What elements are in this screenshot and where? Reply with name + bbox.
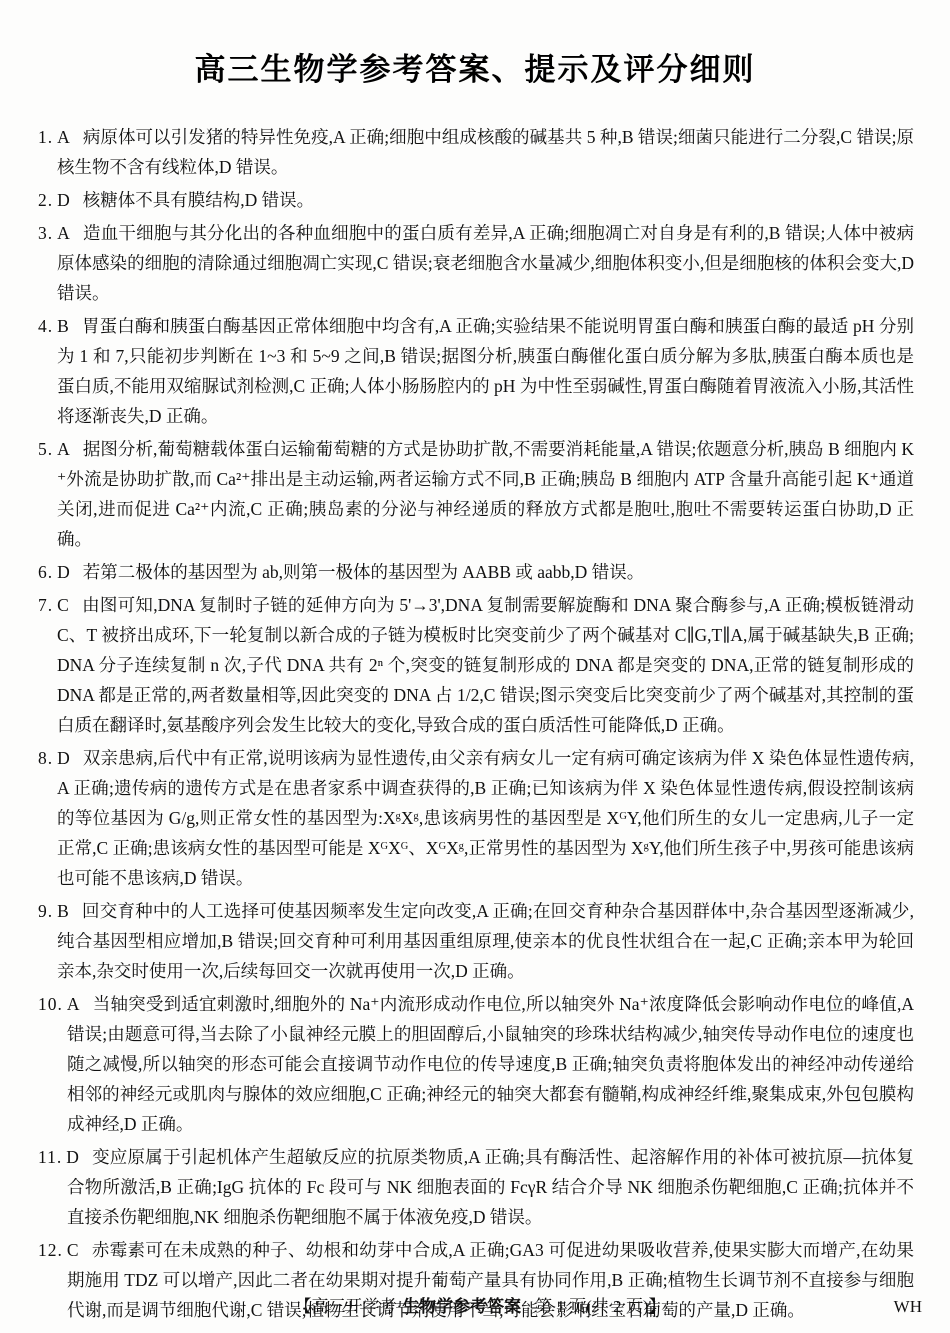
explanation-text: 双亲患病,后代中有正常,说明该病为显性遗传,由父亲有病女儿一定有病可确定该病为伴…	[57, 748, 914, 888]
answer-letter: C	[67, 1240, 79, 1260]
answer-letter: B	[57, 316, 69, 336]
answers-list: 1.A病原体可以引发猪的特异性免疫,A 正确;细胞中组成核酸的碱基共 5 种,B…	[38, 122, 914, 1273]
question-number: 3.	[38, 223, 53, 243]
question-number: 2.	[38, 190, 53, 210]
answer-letter: D	[57, 562, 70, 582]
footer-page-number: 第 1 页(共 2 页)】	[535, 1297, 665, 1316]
answer-letter: A	[67, 994, 80, 1014]
answer-item: 2.D核糖体不具有膜结构,D 错误。	[38, 185, 914, 215]
answer-item: 9.B回交育种中的人工选择可使基因频率发生定向改变,A 正确;在回交育种杂合基因…	[38, 896, 914, 986]
answer-letter: D	[57, 748, 70, 768]
footer-doc-title: 生物学参考答案	[402, 1297, 521, 1316]
answer-item: 1.A病原体可以引发猪的特异性免疫,A 正确;细胞中组成核酸的碱基共 5 种,B…	[38, 122, 914, 182]
answer-letter: D	[57, 190, 70, 210]
page-title: 高三生物学参考答案、提示及评分细则	[0, 0, 950, 89]
answer-item: 7.C由图可知,DNA 复制时子链的延伸方向为 5'→3',DNA 复制需要解旋…	[38, 590, 914, 740]
answer-item: 8.D双亲患病,后代中有正常,说明该病为显性遗传,由父亲有病女儿一定有病可确定该…	[38, 743, 914, 893]
answer-letter: A	[57, 223, 70, 243]
page-footer: 【高三开学考·生物学参考答案第 1 页(共 2 页)】 WH	[38, 1295, 922, 1319]
question-number: 5.	[38, 439, 53, 459]
answer-letter: A	[57, 127, 70, 147]
explanation-text: 由图可知,DNA 复制时子链的延伸方向为 5'→3',DNA 复制需要解旋酶和 …	[57, 595, 914, 735]
answer-letter: B	[57, 901, 69, 921]
question-number: 6.	[38, 562, 53, 582]
explanation-text: 造血干细胞与其分化出的各种血细胞中的蛋白质有差异,A 正确;细胞凋亡对自身是有利…	[57, 223, 914, 303]
explanation-text: 当轴突受到适宜刺激时,细胞外的 Na⁺内流形成动作电位,所以轴突外 Na⁺浓度降…	[67, 994, 914, 1134]
answer-item: 11.D变应原属于引起机体产生超敏反应的抗原类物质,A 正确;具有酶活性、起溶解…	[38, 1142, 914, 1232]
question-number: 12.	[38, 1240, 63, 1260]
question-number: 1.	[38, 127, 53, 147]
answer-item: 10.A当轴突受到适宜刺激时,细胞外的 Na⁺内流形成动作电位,所以轴突外 Na…	[38, 989, 914, 1139]
answer-letter: C	[57, 595, 69, 615]
footer-caption: 【高三开学考·生物学参考答案第 1 页(共 2 页)】	[38, 1295, 922, 1319]
answer-letter: A	[57, 439, 70, 459]
explanation-text: 回交育种中的人工选择可使基因频率发生定向改变,A 正确;在回交育种杂合基因群体中…	[57, 901, 914, 981]
explanation-text: 胃蛋白酶和胰蛋白酶基因正常体细胞中均含有,A 正确;实验结果不能说明胃蛋白酶和胰…	[57, 316, 914, 426]
question-number: 4.	[38, 316, 53, 336]
answer-item: 4.B胃蛋白酶和胰蛋白酶基因正常体细胞中均含有,A 正确;实验结果不能说明胃蛋白…	[38, 311, 914, 431]
explanation-text: 若第二极体的基因型为 ab,则第一极体的基因型为 AABB 或 aabb,D 错…	[83, 562, 644, 582]
question-number: 10.	[38, 994, 63, 1014]
question-number: 9.	[38, 901, 53, 921]
footer-exam-name: 【高三开学考·	[295, 1297, 403, 1316]
answer-letter: D	[66, 1147, 79, 1167]
answer-item: 3.A造血干细胞与其分化出的各种血细胞中的蛋白质有差异,A 正确;细胞凋亡对自身…	[38, 218, 914, 308]
footer-version-code: WH	[894, 1295, 922, 1319]
explanation-text: 据图分析,葡萄糖载体蛋白运输葡萄糖的方式是协助扩散,不需要消耗能量,A 错误;依…	[57, 439, 914, 549]
answer-item: 6.D若第二极体的基因型为 ab,则第一极体的基因型为 AABB 或 aabb,…	[38, 557, 914, 587]
answer-item: 5.A据图分析,葡萄糖载体蛋白运输葡萄糖的方式是协助扩散,不需要消耗能量,A 错…	[38, 434, 914, 554]
explanation-text: 变应原属于引起机体产生超敏反应的抗原类物质,A 正确;具有酶活性、起溶解作用的补…	[67, 1147, 914, 1227]
explanation-text: 病原体可以引发猪的特异性免疫,A 正确;细胞中组成核酸的碱基共 5 种,B 错误…	[57, 127, 914, 177]
question-number: 8.	[38, 748, 53, 768]
answer-key-page: 高三生物学参考答案、提示及评分细则 1.A病原体可以引发猪的特异性免疫,A 正确…	[0, 0, 950, 1333]
explanation-text: 核糖体不具有膜结构,D 错误。	[83, 190, 314, 210]
question-number: 11.	[38, 1147, 62, 1167]
question-number: 7.	[38, 595, 53, 615]
